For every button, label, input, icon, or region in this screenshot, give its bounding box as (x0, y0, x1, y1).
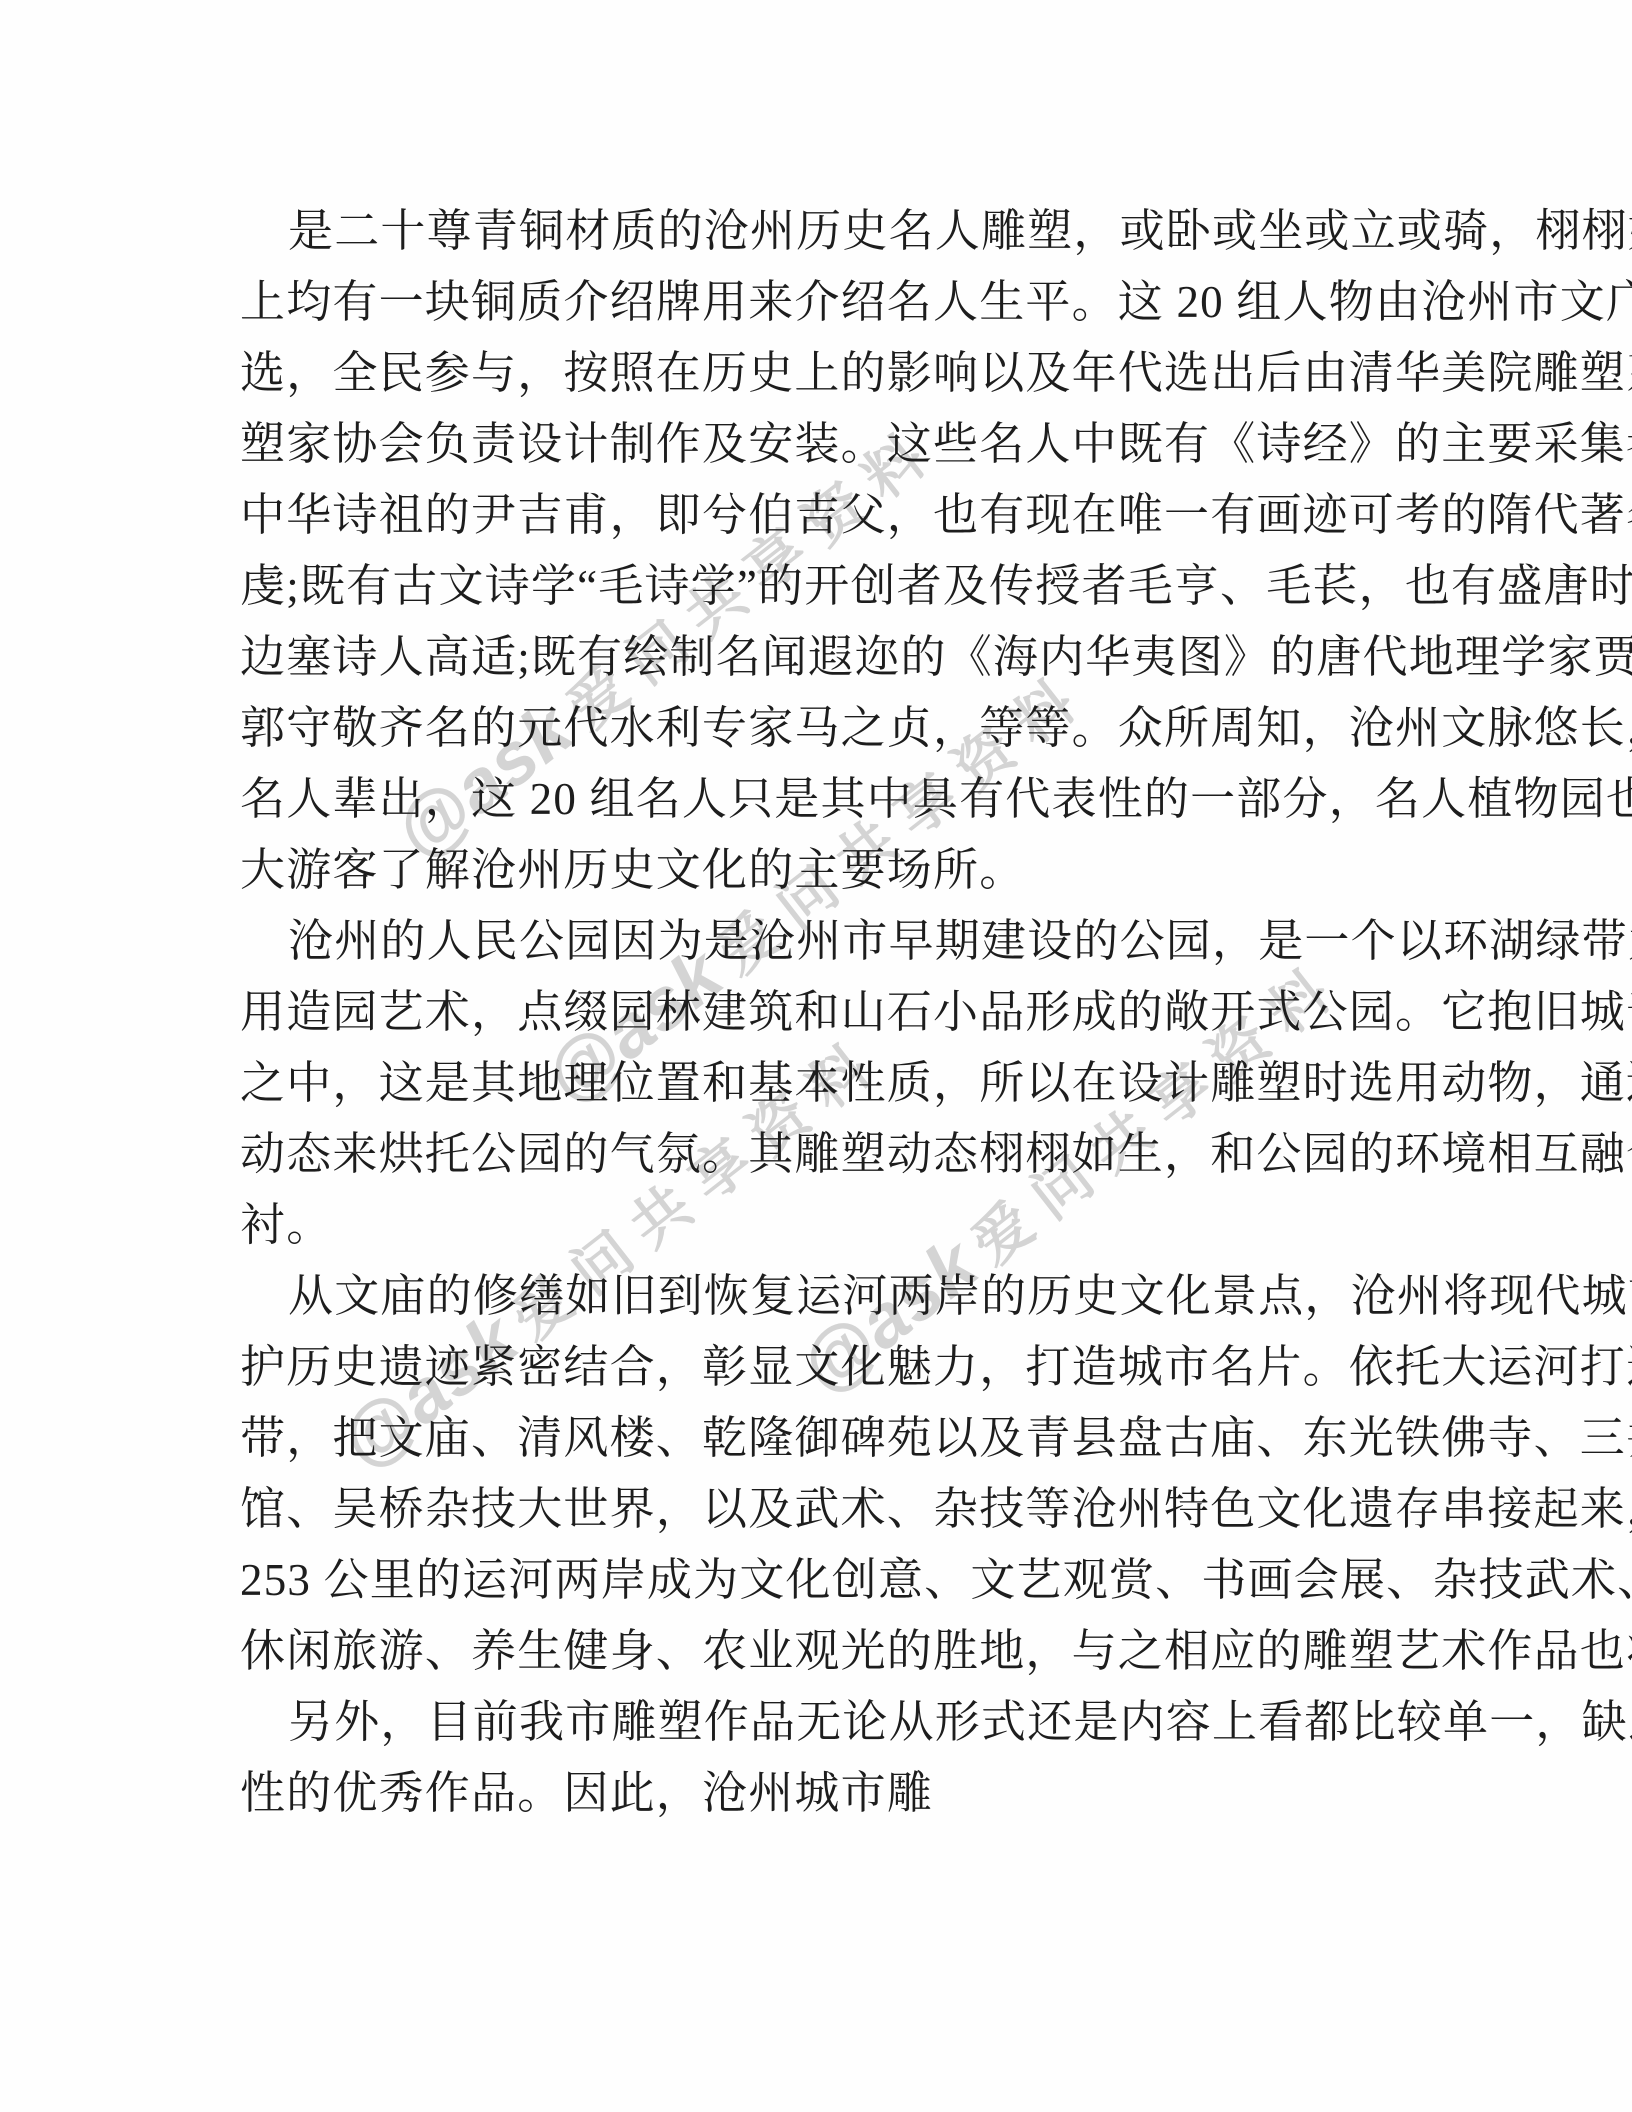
text-line: 从文庙的修缮如旧到恢复运河两岸的历史文化景点，沧州将现代城市建设和保 (240, 1261, 1445, 1332)
text-line: 名人辈出，这 20 组名人只是其中具有代表性的一部分，名人植物园也由此成为广 (240, 764, 1445, 835)
text-line: 护历史遗迹紧密结合，彰显文化魅力，打造城市名片。依托大运河打造文化产业 (240, 1332, 1445, 1403)
text-line: 另外，目前我市雕塑作品无论从形式还是内容上看都比较单一，缺乏具有创意 (240, 1687, 1445, 1758)
text-line: 上均有一块铜质介绍牌用来介绍名人生平。这 20 组人物由沧州市文广新局组织遴 (240, 267, 1445, 338)
text-line: 大游客了解沧州历史文化的主要场所。 (240, 835, 1445, 906)
document-page: @ask爱问共享资料@ask爱问共享资料@ask爱问共享资料@ask爱问共享资料… (0, 0, 1632, 2112)
text-line: 衬。 (240, 1190, 1445, 1261)
text-line: 253 公里的运河两岸成为文化创意、文艺观赏、书画会展、杂技武术、影视动漫、 (240, 1545, 1445, 1616)
text-line: 虔;既有古文诗学“毛诗学”的开创者及传授者毛亨、毛苌，也有盛唐时期著名的 (240, 551, 1445, 622)
text-line: 选，全民参与，按照在历史上的影响以及年代选出后由清华美院雕塑系与河北省雕 (240, 338, 1445, 409)
text-line: 带，把文庙、清风楼、乾隆御碑苑以及青县盘古庙、东光铁佛寺、三井酒文化博物 (240, 1403, 1445, 1474)
text-line: 之中，这是其地理位置和基本性质，所以在设计雕塑时选用动物，通过描绘动物的 (240, 1048, 1445, 1119)
text-line: 郭守敬齐名的元代水利专家马之贞，等等。众所周知，沧州文脉悠长，人杰地灵， (240, 693, 1445, 764)
text-line: 休闲旅游、养生健身、农业观光的胜地，与之相应的雕塑艺术作品也将呼之欲出。 (240, 1616, 1445, 1687)
text-line: 是二十尊青铜材质的沧州历史名人雕塑，或卧或坐或立或骑，栩栩如生，底座 (240, 196, 1445, 267)
text-block: 是二十尊青铜材质的沧州历史名人雕塑，或卧或坐或立或骑，栩栩如生，底座上均有一块铜… (240, 196, 1445, 1829)
text-line: 性的优秀作品。因此，沧州城市雕 (240, 1758, 1445, 1829)
text-line: 沧州的人民公园因为是沧州市早期建设的公园，是一个以环湖绿带为基础，运 (240, 906, 1445, 977)
text-line: 中华诗祖的尹吉甫，即兮伯吉父，也有现在唯一有画迹可考的隋代著名的画家展子 (240, 480, 1445, 551)
text-line: 边塞诗人高适;既有绘制名闻遐迩的《海内华夷图》的唐代地理学家贾耽，也有与 (240, 622, 1445, 693)
text-line: 动态来烘托公园的气氛。其雕塑动态栩栩如生，和公园的环境相互融合，相互映 (240, 1119, 1445, 1190)
text-line: 馆、吴桥杂技大世界，以及武术、杂技等沧州特色文化遗存串接起来，使流经沧州 (240, 1474, 1445, 1545)
text-line: 用造园艺术，点缀园林建筑和山石小品形成的敞开式公园。它抱旧城于怀，融新城 (240, 977, 1445, 1048)
text-line: 塑家协会负责设计制作及安装。这些名人中既有《诗经》的主要采集者，被尊称为 (240, 409, 1445, 480)
